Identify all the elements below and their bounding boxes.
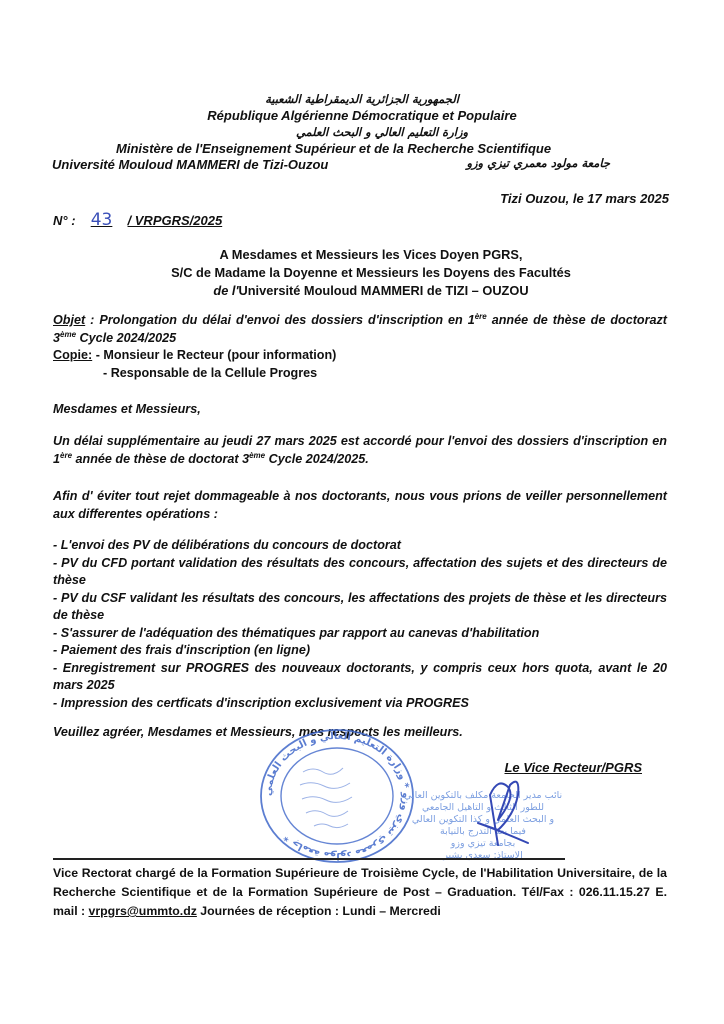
number-suffix: / VRPGRS/2025 [128, 213, 223, 228]
footer-email-link[interactable]: vrpgrs@ummto.dz [89, 904, 197, 918]
number-blank: 43 [76, 210, 128, 230]
list-item: - Enregistrement sur PROGRES des nouveau… [53, 660, 667, 695]
stamp-ring-text: جامعة مولود معمري تيزي وزو * وزارة التعل… [263, 731, 411, 861]
recipient-line-1: A Mesdames et Messieurs les Vices Doyen … [0, 247, 724, 262]
recipient-line-2: S/C de Madame la Doyenne et Messieurs le… [0, 265, 724, 280]
footer-contact: Vice Rectorat chargé de la Formation Sup… [53, 864, 667, 921]
number-label: N° : [53, 213, 76, 228]
header-arabic-ministry: وزارة التعليم العالي و البحث العلمي [0, 125, 724, 139]
header-republic: République Algérienne Démocratique et Po… [0, 108, 724, 123]
header-arabic-republic: الجمهورية الجزائرية الديمقراطية الشعبية [0, 92, 724, 106]
superscript: ème [60, 329, 76, 338]
subject-label: Objet [53, 313, 85, 327]
header-university: Université Mouloud MAMMERI de Tizi-Ouzou [52, 157, 328, 172]
list-item: - S'assurer de l'adéquation des thématiq… [53, 625, 667, 643]
footer-divider [53, 858, 565, 860]
operations-list: - L'envoi des PV de délibérations du con… [53, 537, 667, 712]
place-date: Tizi Ouzou, le 17 mars 2025 [500, 191, 669, 206]
signature-title: Le Vice Recteur/PGRS [504, 760, 642, 775]
copy-block: Copie: - Monsieur le Recteur (pour infor… [53, 347, 336, 365]
superscript: ème [249, 450, 265, 459]
list-item: - PV du CFD portant validation des résul… [53, 555, 667, 590]
list-item: - Paiement des frais d'inscription (en l… [53, 642, 667, 660]
recipient-line-3: de l'Université Mouloud MAMMERI de TIZI … [0, 283, 724, 298]
paragraph-text: année de thèse de doctorat 3 [72, 452, 249, 466]
subject-text: Cycle 2024/2025 [76, 331, 176, 345]
footer-text: Journées de réception : Lundi – Mercredi [197, 904, 441, 918]
superscript: ère [475, 312, 487, 321]
paragraph-text: Cycle 2024/2025. [265, 452, 369, 466]
list-item: - PV du CSF validant les résultats des c… [53, 590, 667, 625]
header-ministry: Ministère de l'Enseignement Supérieur et… [116, 141, 551, 156]
header-arabic-university: جامعة مولود معمري تيزي وزو [420, 156, 610, 170]
paragraph-1: Un délai supplémentaire au jeudi 27 mars… [53, 433, 667, 468]
subject-text: : Prolongation du délai d'envoi des doss… [85, 313, 475, 327]
recipient-line-3-rest: Université Mouloud MAMMERI de TIZI – OUZ… [239, 283, 529, 298]
salutation: Mesdames et Messieurs, [53, 401, 201, 419]
paragraph-2: Afin d' éviter tout rejet dommageable à … [53, 488, 667, 523]
list-item: - L'envoi des PV de délibérations du con… [53, 537, 667, 555]
handwritten-signature-icon [468, 775, 548, 855]
superscript: ère [60, 450, 72, 459]
recipient-line-3-prefix: de l' [213, 283, 238, 298]
handwritten-number: 43 [91, 210, 113, 230]
copy-item-1: - Monsieur le Recteur (pour information) [96, 348, 337, 362]
official-stamp-icon: جامعة مولود معمري تيزي وزو * وزارة التعل… [258, 727, 416, 865]
reference-number: N° :43/ VRPGRS/2025 [53, 210, 222, 230]
copy-item-2: - Responsable de la Cellule Progres [103, 365, 317, 383]
list-item: - Impression des certficats d'inscriptio… [53, 695, 667, 713]
subject: Objet : Prolongation du délai d'envoi de… [53, 312, 667, 347]
svg-text:جامعة مولود معمري تيزي وزو * و: جامعة مولود معمري تيزي وزو * وزارة التعل… [263, 731, 411, 861]
copy-label: Copie: [53, 348, 92, 362]
